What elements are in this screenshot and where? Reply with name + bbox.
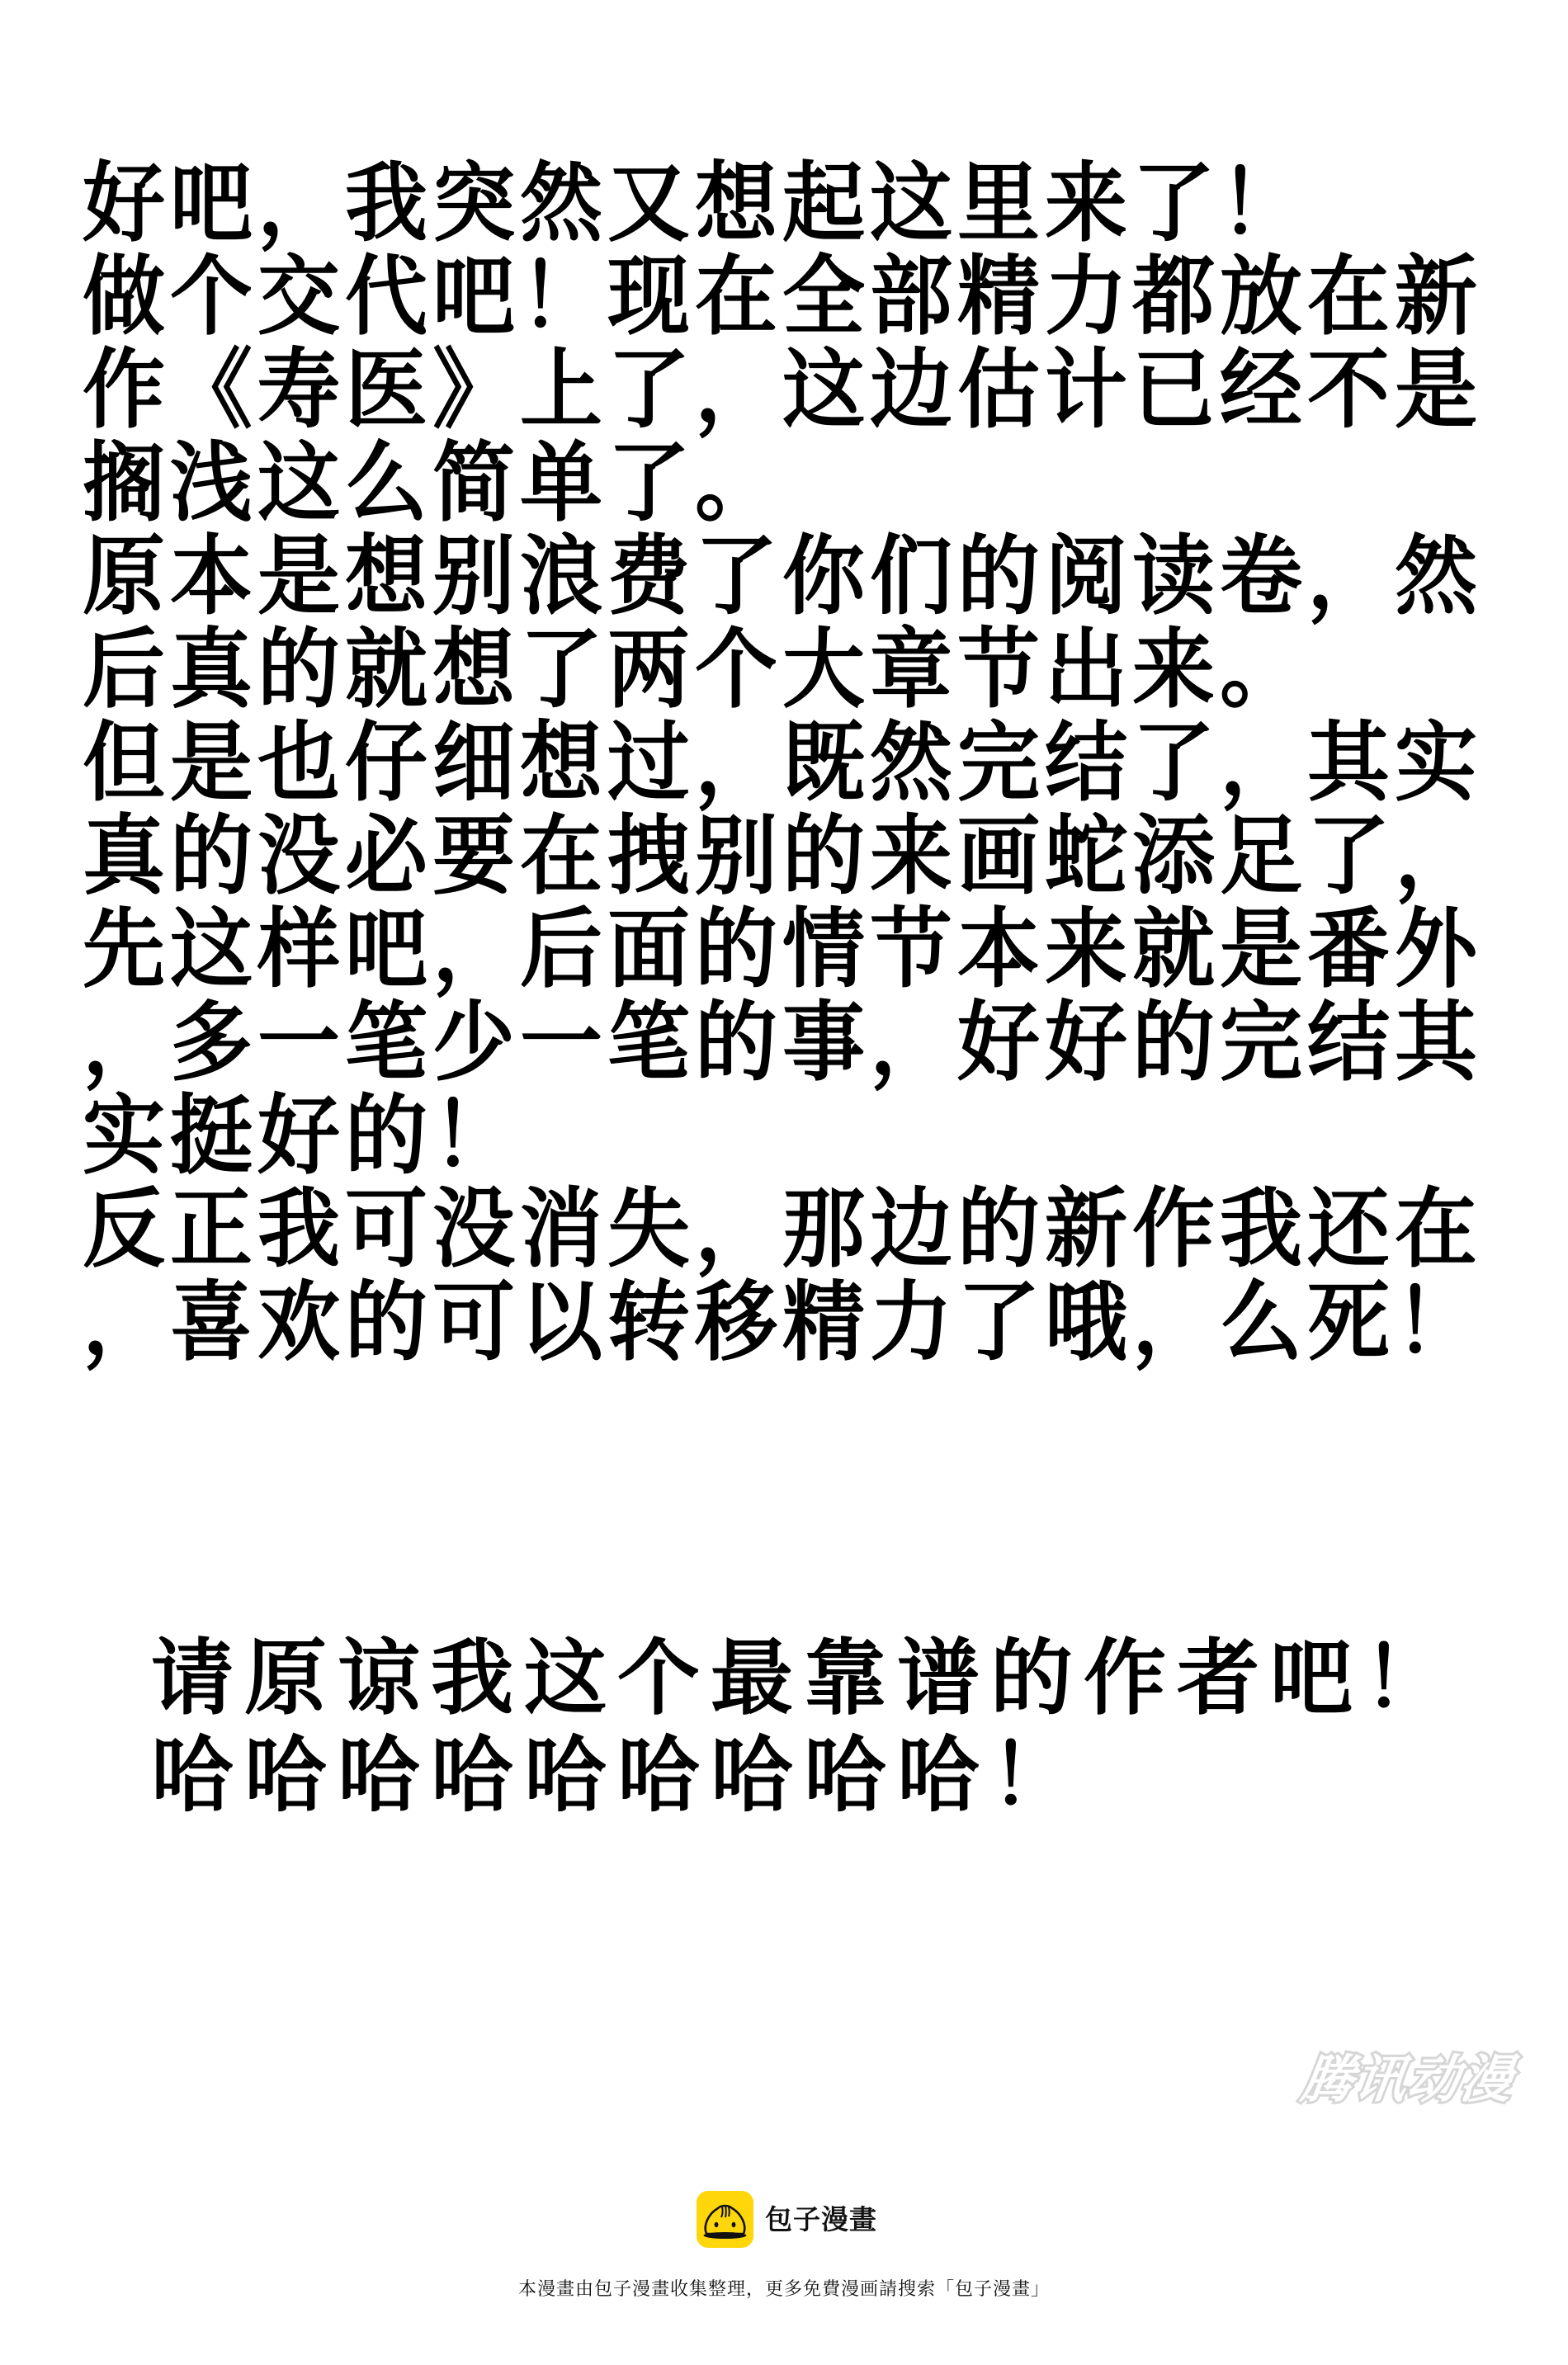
watermark-text: 腾讯动漫 <box>1297 2046 1518 2112</box>
footer-credit: 本漫畫由包子漫畫收集整理，更多免費漫画請搜索「包子漫畫」 <box>0 2276 1568 2304</box>
note-line: 好吧，我突然又想起这里来了！ <box>83 154 1494 253</box>
closing-line: 哈哈哈哈哈哈哈哈哈！ <box>151 1727 1471 1824</box>
note-line: 真的没必要在拽别的来画蛇添足了， <box>83 807 1494 905</box>
closing-line: 请原谅我这个最靠谱的作者吧！ <box>151 1630 1471 1727</box>
closing-message: 请原谅我这个最靠谱的作者吧！ 哈哈哈哈哈哈哈哈哈！ <box>151 1630 1471 1824</box>
author-note: 好吧，我突然又想起这里来了！ 做个交代吧！现在全部精力都放在新 作《寿医》上了，… <box>83 157 1494 1369</box>
note-line: 做个交代吧！现在全部精力都放在新 <box>83 248 1494 346</box>
note-line: ，多一笔少一笔的事，好好的完结其 <box>83 994 1494 1092</box>
note-line: 先这样吧，后面的情节本来就是番外 <box>83 900 1494 998</box>
note-line: 但是也仔细想过，既然完结了，其实 <box>83 714 1494 812</box>
bun-mascot-icon <box>697 2191 753 2248</box>
note-line: 原本是想别浪费了你们的阅读卷，然 <box>83 527 1494 625</box>
brand-name: 包子漫畫 <box>765 2203 877 2236</box>
publisher-watermark: 腾讯动漫 <box>1302 2046 1550 2112</box>
note-line: 搁浅这么简单了。 <box>83 434 1494 532</box>
note-line: 反正我可没消失，那边的新作我还在 <box>83 1180 1494 1278</box>
note-line: 实挺好的！ <box>83 1087 1494 1185</box>
note-line: 后真的就想了两个大章节出来。 <box>83 621 1494 719</box>
footer-brand[interactable]: 包子漫畫 <box>697 2191 877 2248</box>
note-line: 作《寿医》上了，这边估计已经不是 <box>83 341 1494 439</box>
note-line: ，喜欢的可以转移精力了哦，么死！ <box>83 1273 1494 1371</box>
comic-page: 好吧，我突然又想起这里来了！ 做个交代吧！现在全部精力都放在新 作《寿医》上了，… <box>0 0 1568 2365</box>
